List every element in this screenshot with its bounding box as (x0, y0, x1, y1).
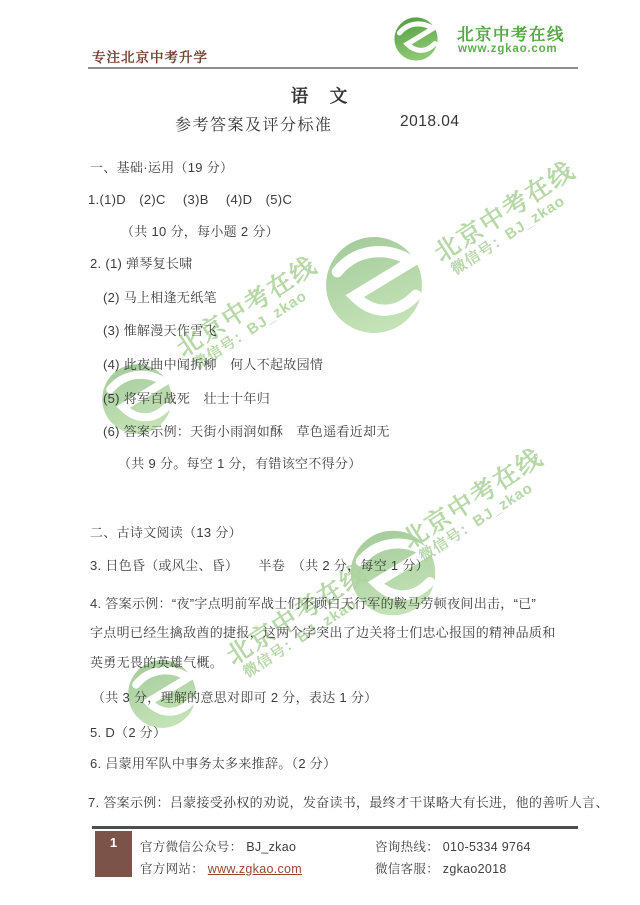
answer-line: 6. 吕蒙用军队中事务太多来推辞。（2 分） (90, 753, 336, 772)
answer-line: 7. 答案示例：吕蒙接受孙权的劝说，发奋读书，最终才干谋略大有长进，他的善听人言… (88, 792, 609, 811)
answer-line: 字点明已经生擒敌酋的捷报，这两个字突出了边关将士们忠心报国的精神品质和 (90, 622, 556, 641)
footer-wechat: 官方微信公众号： BJ_zkao (140, 837, 296, 855)
footer-hotline-value: 010-5334 9764 (443, 840, 531, 854)
footer-service-label: 微信客服： (375, 862, 443, 876)
footer-hotline-label: 咨询热线： (375, 840, 443, 854)
logo-name: 北京中考在线 (457, 21, 565, 45)
footer-wechat-label: 官方微信公众号： (140, 840, 246, 854)
doc-date: 2018.04 (400, 113, 460, 131)
footer-service-value: zgkao2018 (443, 862, 507, 876)
answer-line: 1.(1)D (2)C (3)B (4)D (5)C (88, 189, 292, 208)
answer-line: （共 3 分，理解的意思对即可 2 分，表达 1 分） (92, 687, 377, 706)
header-tagline: 专注北京中考升学 (92, 46, 208, 66)
logo-url: www.zgkao.com (458, 43, 557, 55)
brand-swoosh-icon (393, 16, 439, 62)
doc-subtitle: 参考答案及评分标准 (175, 112, 333, 135)
footer-hotline: 咨询热线： 010-5334 9764 (375, 837, 531, 855)
footer-site: 官方网站： www.zgkao.com (140, 859, 302, 877)
answer-line: 3. 日色昏（或风尘、昏） 半卷 （共 2 分，每空 1 分） (90, 555, 429, 574)
answer-line: （共 9 分。每空 1 分，有错该空不得分） (118, 453, 362, 472)
answer-line: (4) 此夜曲中闻折柳 何人不起故园情 (103, 354, 323, 373)
page-number: 1 (95, 831, 132, 877)
answer-line: （共 10 分，每小题 2 分） (121, 221, 279, 240)
answer-line: 5. D（2 分） (90, 722, 166, 741)
footer-wechat-value: BJ_zkao (246, 840, 296, 854)
footer-service: 微信客服： zgkao2018 (375, 859, 507, 877)
section-heading: 二、古诗文阅读（13 分） (90, 522, 242, 541)
section-heading: 一、基础·运用（19 分） (90, 157, 233, 176)
document-content: 专注北京中考升学 北京中考在线 www.zgkao.com 语 文 参考答案及评… (0, 0, 640, 905)
site-link[interactable]: www.zgkao.com (208, 862, 302, 876)
brand-logo: 北京中考在线 www.zgkao.com (393, 15, 563, 63)
answer-line: (3) 惟解漫天作雪飞 (103, 320, 217, 339)
page-title: 语 文 (0, 83, 640, 108)
answer-line: (5) 将军百战死 壮士十年归 (103, 388, 270, 407)
footer-rule (92, 826, 578, 829)
answer-line: 4. 答案示例：“夜”字点明前军战士们不顾白天行军的鞍马劳顿夜间出击，“已” (90, 593, 536, 612)
answer-line: (2) 马上相逢无纸笔 (103, 287, 217, 306)
answer-line: (6) 答案示例：天街小雨润如酥 草色遥看近却无 (103, 421, 390, 440)
answer-line: 英勇无畏的英雄气概。 (90, 652, 223, 671)
footer-site-label: 官方网站： (140, 862, 208, 876)
page: 北京中考在线 微信号：BJ_zkao 北京中考在线 微信号：BJ_zkao 北京… (0, 0, 640, 905)
header-rule (88, 67, 578, 69)
answer-line: 2. (1) 弹琴复长啸 (90, 253, 193, 272)
